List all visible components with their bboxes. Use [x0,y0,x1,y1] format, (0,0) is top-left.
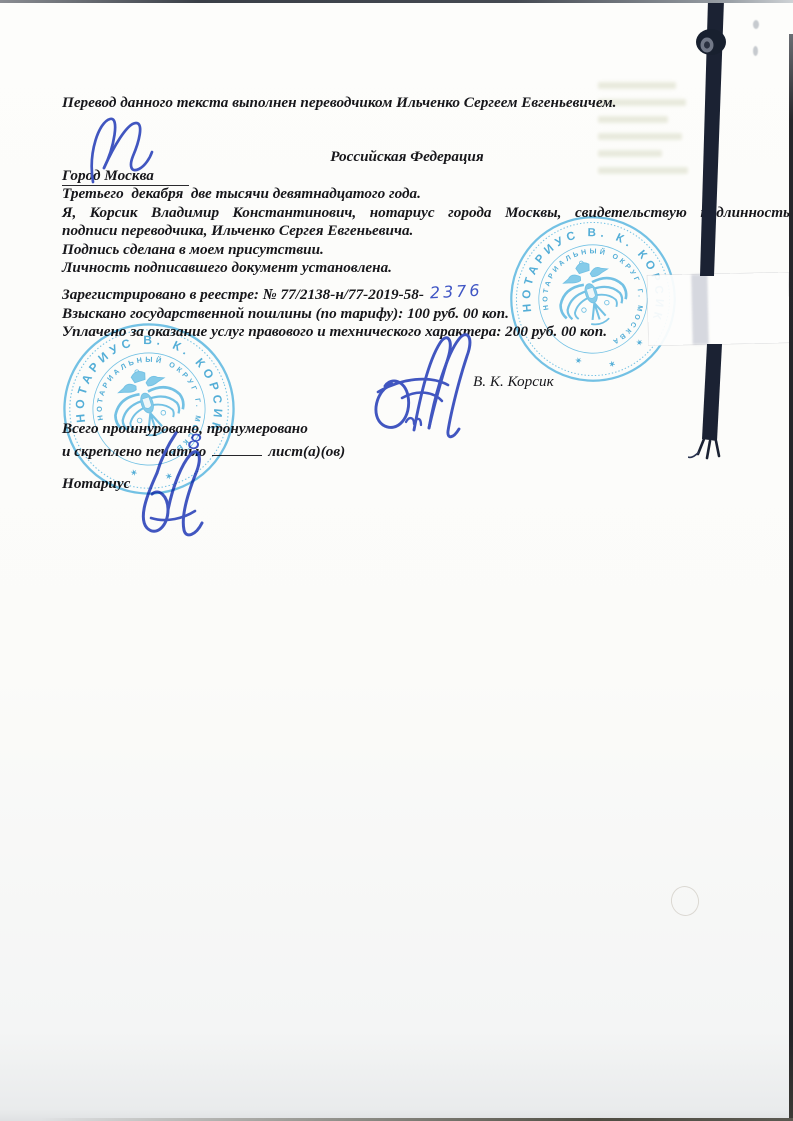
presence-line: Подпись сделана в моем присутствии. [62,241,790,260]
attestation-line-1: Я, Корсик Владимир Константинович, нотар… [62,204,790,223]
scanned-notary-page: Перевод данного текста выполнен переводч… [0,0,793,1121]
notary-stamp-left: НОТАРИУС В. К. КОРСИК НОТАРИАЛЬНЫЙ ОКРУГ… [60,320,238,498]
registry-line-text: Зарегистрировано в реестре: № 77/2138-н/… [62,286,424,303]
faint-pencil-circle [668,883,702,918]
scan-edge-top [0,0,793,3]
translator-signature [83,108,195,190]
stamp-star: ✶ [574,355,583,366]
stamp-star: ✶ [608,359,617,370]
scan-edge-right [789,34,793,1121]
binding-ribbon [688,0,736,475]
stamp-star: ✶ [164,471,173,482]
stamp-star: ✶ [635,337,644,348]
attestation-line-2: подписи переводчика, Ильченко Сергея Евг… [62,222,790,241]
scan-speck [753,20,759,29]
notary-signature [362,328,486,444]
scan-speck [753,46,758,56]
stamp-star: ✶ [193,449,202,460]
registry-number-handwritten: 2376 [429,282,483,303]
binding-line-2-suffix: лист(а)(ов) [268,443,345,460]
stamp-star: ✶ [129,468,138,479]
